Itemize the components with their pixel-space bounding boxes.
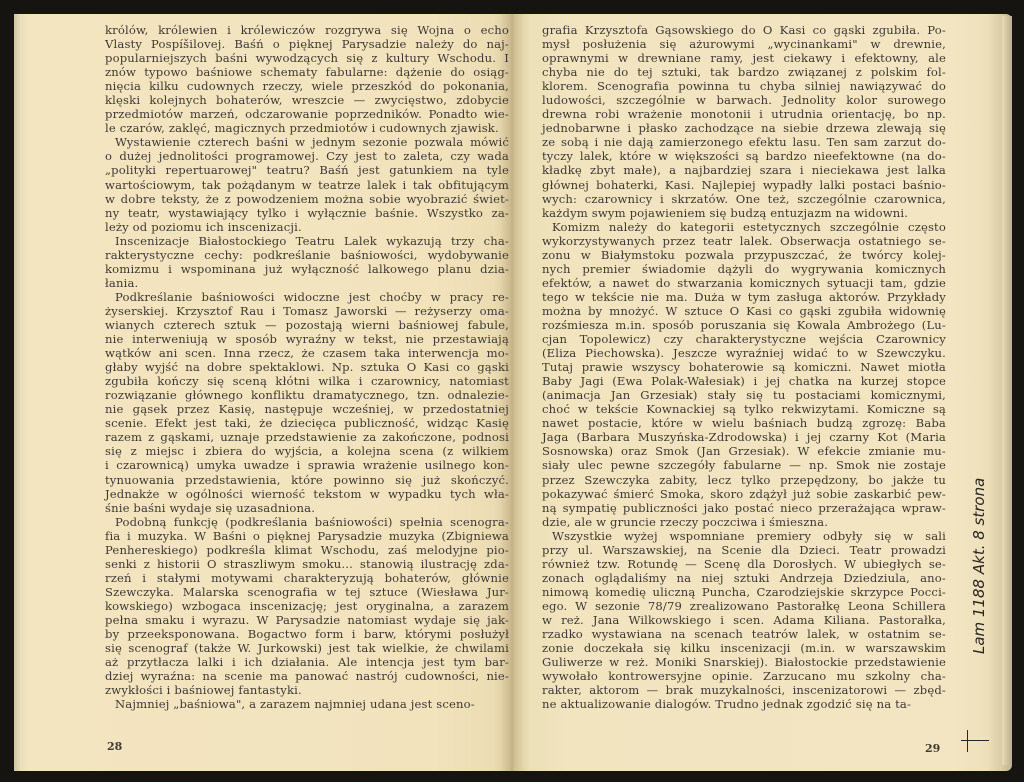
text-line: zwykłości i baśniowej fantastyki. bbox=[105, 683, 509, 697]
text-line: wartościowym, tak pożądanym w teatrze la… bbox=[105, 178, 509, 192]
text-line: nimową komedię uliczną Puncha, Czarodzie… bbox=[542, 585, 946, 599]
text-line: zonach oglądaliśmy na niej sztuki Andrze… bbox=[542, 571, 946, 585]
text-line: kładkę zbyt małe), a najbardziej szara i… bbox=[542, 163, 946, 177]
text-line: leży od poziomu ich inscenizacji. bbox=[105, 220, 509, 234]
text-line: śnie baśni wydaje się uzasadniona. bbox=[105, 501, 509, 515]
text-line: Podobną funkcję (podkreślania baśniowośc… bbox=[105, 515, 509, 529]
text-line: ze sobą i nie dają zamierzonego efektu l… bbox=[542, 135, 946, 149]
text-line: drewna robi wrażenie monotonii i utrudni… bbox=[542, 107, 946, 121]
text-line: przy ul. Warszawskiej, na Scenie dla Dzi… bbox=[542, 543, 946, 557]
text-line: Wszystkie wyżej wspomniane premiery odby… bbox=[542, 529, 946, 543]
text-line: oprawnymi w drewniane ramy, jest ciekawy… bbox=[542, 51, 946, 65]
left-page-body-text: królów, królewien i królewiczów rozgrywa… bbox=[105, 23, 509, 711]
text-line: w dobre teksty, że z powodzeniem można s… bbox=[105, 192, 509, 206]
text-line: chyba nie do tej sztuki, tak bardzo zwią… bbox=[542, 65, 946, 79]
text-line: przez Szewczyka zabity, lecz tylko przep… bbox=[542, 473, 946, 487]
handwritten-margin-note: Lam 1188 Akt. 8 strona bbox=[970, 484, 988, 654]
page-number-right: 29 bbox=[925, 742, 940, 755]
text-line: się scenograf (także W. Jurkowski) jest … bbox=[105, 641, 509, 655]
text-line: tynuowania przedstawienia, które powinno… bbox=[105, 473, 509, 487]
text-line: zgubiła kończy się sceną kłótni wilka i … bbox=[105, 374, 509, 388]
text-line: Sosnowska) oraz Smok (Jan Grzesiak). W e… bbox=[542, 444, 946, 458]
text-line: cjan Topolewicz) czy charakterystyczne w… bbox=[542, 332, 946, 346]
text-line: w reż. Jana Wilkowskiego i scen. Adama K… bbox=[542, 613, 946, 627]
text-line: dziej wyraźna: na scenie ma panować nast… bbox=[105, 669, 509, 683]
text-line: ne aktualizowanie dialogów. Trudno jedna… bbox=[542, 697, 946, 711]
text-line: (Eliza Piechowska). Jeszcze wyraźniej wi… bbox=[542, 346, 946, 360]
text-line: aż przytłacza lalki i ich działania. Ale… bbox=[105, 655, 509, 669]
page-number-left: 28 bbox=[107, 740, 122, 753]
text-line: popularniejszych baśni wywodzących się z… bbox=[105, 51, 509, 65]
text-line: zonu w Białymstoku pozwala przypuszczać,… bbox=[542, 248, 946, 262]
text-line: efektów, a nawet do stwarzania komicznyc… bbox=[542, 276, 946, 290]
text-line: senki z historii O straszliwym smoku... … bbox=[105, 557, 509, 571]
text-line: ną sympatię publiczności jako postać nie… bbox=[542, 501, 946, 515]
text-line: ludowości, szczególnie w barwach. Jednol… bbox=[542, 93, 946, 107]
right-page-body-text: grafia Krzysztofa Gąsowskiego do O Kasi … bbox=[542, 23, 946, 711]
text-line: Penhereskiego) podkreśla klimat Wschodu,… bbox=[105, 543, 509, 557]
text-line: Najmniej „baśniowa", a zarazem najmniej … bbox=[105, 697, 509, 711]
text-line: głównej bohaterki, Kasi. Najlepiej wypad… bbox=[542, 178, 946, 192]
text-line: by przeeksponowana. Bogactwo form i barw… bbox=[105, 627, 509, 641]
text-line: i czarownicą) umyka uwadze i sprawia wra… bbox=[105, 458, 509, 472]
text-line: Vlasty Pospíšilovej. Baśń o pięknej Pary… bbox=[105, 37, 509, 51]
text-line: kowskiego) wzbogaca inscenizację; jest o… bbox=[105, 599, 509, 613]
text-line: rzadko wystawiana na scenach teatrów lal… bbox=[542, 627, 946, 641]
text-line: siały ulec pewne szczegóły fabularne — n… bbox=[542, 458, 946, 472]
text-line: komizmu i wspominana już wyłączność lalk… bbox=[105, 262, 509, 276]
text-line: grafia Krzysztofa Gąsowskiego do O Kasi … bbox=[542, 23, 946, 37]
left-page: królów, królewien i królewiczów rozgrywa… bbox=[14, 14, 512, 771]
text-line: Inscenizacje Białostockiego Teatru Lalek… bbox=[105, 234, 509, 248]
text-line: scenie. Efekt jest taki, że dziecięca pu… bbox=[105, 416, 509, 430]
text-line: żyserskiej. Krzysztof Rau i Tomasz Jawor… bbox=[105, 304, 509, 318]
text-line: nie gąsek przez Kasię, następuje wcześni… bbox=[105, 402, 509, 416]
text-line: rzeń i stałymi motywami charakteryzują b… bbox=[105, 571, 509, 585]
text-line: zonie doczekała się kilku inscenizacji (… bbox=[542, 641, 946, 655]
text-line: przedmiotów marzeń, odczarowanie poprzed… bbox=[105, 107, 509, 121]
text-line: wykorzystywanych przez teatr lalek. Obse… bbox=[542, 234, 946, 248]
text-line: razem z gąskami, uznaje przedstawienie z… bbox=[105, 430, 509, 444]
text-line: o dużej jednolitości programowej. Czy je… bbox=[105, 149, 509, 163]
text-line: tego w tekście nie ma. Duża w tym zasług… bbox=[542, 290, 946, 304]
text-line: rozwiązanie głównego konfliktu dramatycz… bbox=[105, 388, 509, 402]
text-line: wych: czarownicy i skrzatów. One też, sz… bbox=[542, 192, 946, 206]
text-line: głaby wyjść na dobre spektaklowi. Np. sz… bbox=[105, 360, 509, 374]
text-line: mysł posłużenia się ażurowymi „wycinanka… bbox=[542, 37, 946, 51]
text-line: znów typowo baśniowe schematy fabularne:… bbox=[105, 65, 509, 79]
text-line: wianych czterech sztuk — pozostają wiern… bbox=[105, 318, 509, 332]
text-line: również tzw. Rotundę — Scenę dla Dorosły… bbox=[542, 557, 946, 571]
text-line: nych premier świadomie dążyli do wygrywa… bbox=[542, 262, 946, 276]
text-line: się z miejsc i zbiera do wyjścia, a kole… bbox=[105, 444, 509, 458]
text-line: choć w tekście Kownackiej są tylko rekwi… bbox=[542, 402, 946, 416]
page-edge bbox=[14, 14, 22, 771]
text-line: ny teatr, wystawiający tylko i wyłącznie… bbox=[105, 206, 509, 220]
right-page: grafia Krzysztofa Gąsowskiego do O Kasi … bbox=[512, 14, 1012, 771]
text-line: Jednakże w ogólności wierność tekstom w … bbox=[105, 487, 509, 501]
text-line: można by mnożyć. W sztuce O Kasi co gąsk… bbox=[542, 304, 946, 318]
text-line: nięcia kilku cudownych rzeczy, wiele prz… bbox=[105, 79, 509, 93]
text-line: klorem. Scenografia powinna tu chyba sil… bbox=[542, 79, 946, 93]
text-line: rozśmiesza m.in. sposób poruszania się K… bbox=[542, 318, 946, 332]
page-edge bbox=[1002, 16, 1012, 765]
text-line: „polityki repertuarowej" teatru? Baśń je… bbox=[105, 163, 509, 177]
text-line: ego. W sezonie 78/79 zrealizowano Pastor… bbox=[542, 599, 946, 613]
text-line: klęski kolejnych bohaterów, wreszcie — z… bbox=[105, 93, 509, 107]
text-line: nie interweniują w sposób wyraźny w teks… bbox=[105, 332, 509, 346]
text-line: każdym swym pojawieniem się budzą entuzj… bbox=[542, 206, 946, 220]
text-line: Komizm należy do kategorii estetycznych … bbox=[542, 220, 946, 234]
text-line: Guliwerze w reż. Moniki Snarskiej). Biał… bbox=[542, 655, 946, 669]
text-line: pokazywać śmierć Smoka, skoro zdążył już… bbox=[542, 487, 946, 501]
text-line: le czarów, zaklęć, magicznych przedmiotó… bbox=[105, 121, 509, 135]
text-line: Wystawienie czterech baśni w jednym sezo… bbox=[105, 135, 509, 149]
text-line: wątków ani scen. Inna rzecz, że czasem t… bbox=[105, 346, 509, 360]
text-line: dzie, ale w gruncie rzeczy poczciwa i śm… bbox=[542, 515, 946, 529]
text-line: fia i muzyka. W Baśni o pięknej Parysadz… bbox=[105, 529, 509, 543]
text-line: królów, królewien i królewiczów rozgrywa… bbox=[105, 23, 509, 37]
text-line: Jaga (Barbara Muszyńska-Zdrodowska) i je… bbox=[542, 430, 946, 444]
text-line: rakter, aktorom — brak muzykalności, ins… bbox=[542, 683, 946, 697]
text-line: wywołało kontrowersyjne opinie. Zarzucan… bbox=[542, 669, 946, 683]
text-line: tyczy lalek, które w większości są bardz… bbox=[542, 149, 946, 163]
text-line: rakterystyczne cechy: podkreślanie baśni… bbox=[105, 248, 509, 262]
crosshair-mark-icon bbox=[961, 730, 989, 752]
text-line: Baby Jagi (Ewa Polak-Wałesiak) i jej cha… bbox=[542, 374, 946, 388]
text-line: Szewczyka. Malarska scenografia w tej sz… bbox=[105, 585, 509, 599]
text-line: nawet postacie, które w wielu baśniach b… bbox=[542, 416, 946, 430]
text-line: łania. bbox=[105, 276, 509, 290]
book-spread: królów, królewien i królewiczów rozgrywa… bbox=[14, 14, 1014, 771]
text-line: Tutaj prawie wszyscy bohaterowie są komi… bbox=[542, 360, 946, 374]
text-line: Podkreślanie baśniowości widoczne jest c… bbox=[105, 290, 509, 304]
text-line: (animacja Jan Grzesiak) stały się tu pos… bbox=[542, 388, 946, 402]
text-line: jednobarwne i płasko zachodzące na siebi… bbox=[542, 121, 946, 135]
text-line: pełna smaku i wyrazu. W Parysadzie natom… bbox=[105, 613, 509, 627]
